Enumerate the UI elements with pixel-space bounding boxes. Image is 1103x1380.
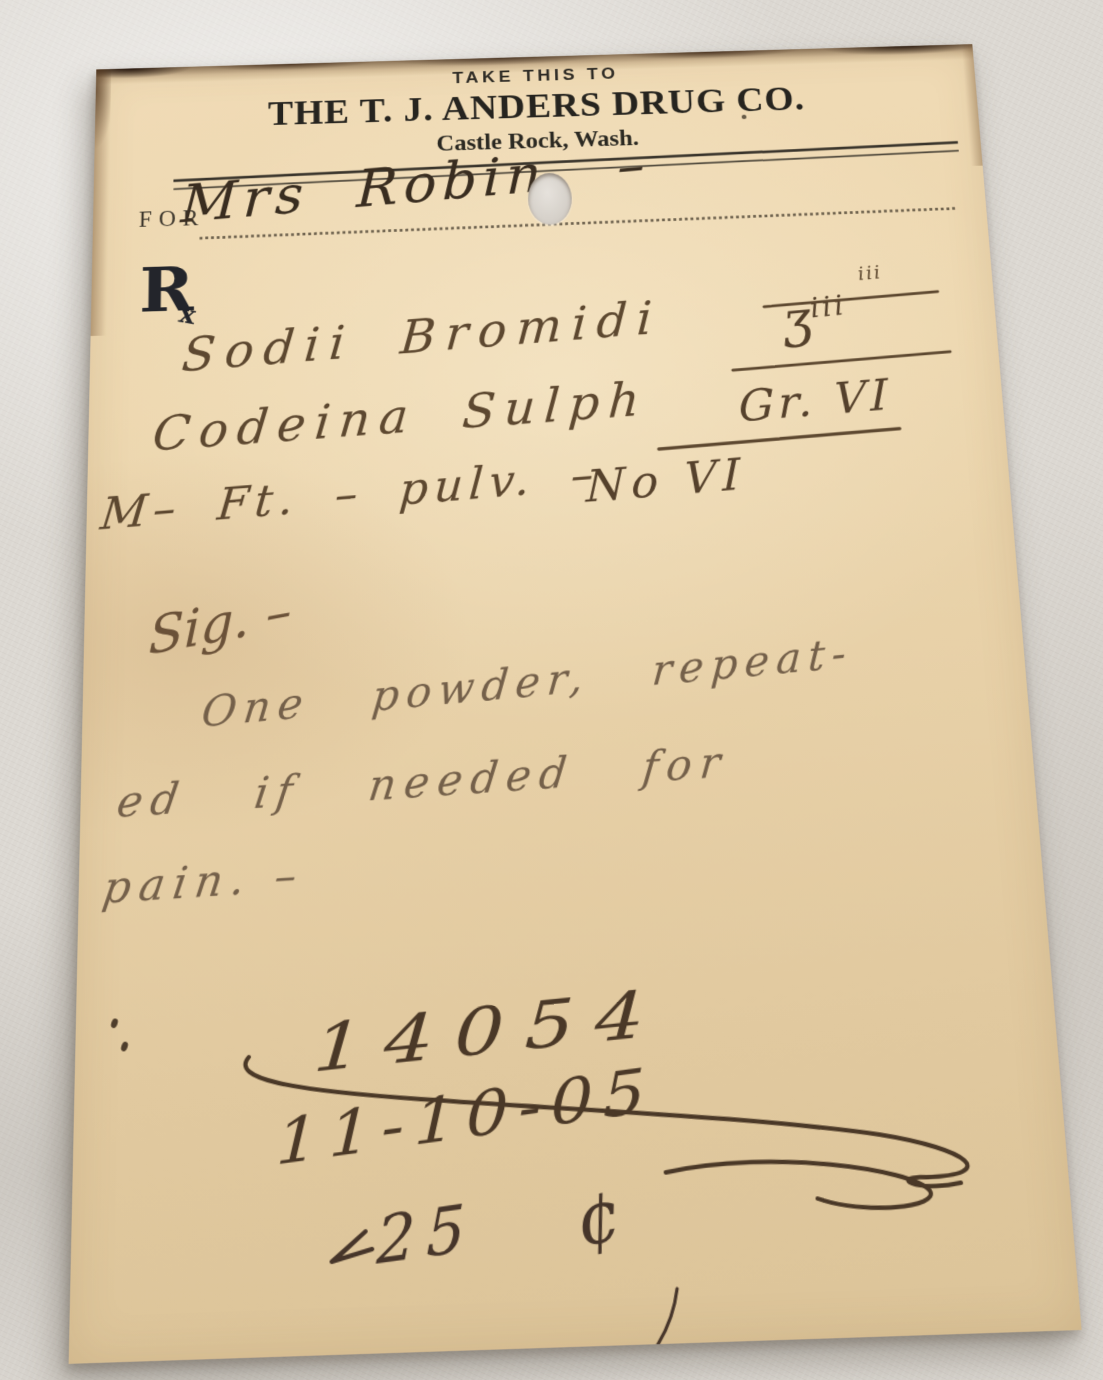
dram-amount-above-line: iii xyxy=(856,261,883,285)
ink-dot xyxy=(110,1018,119,1029)
dram-amount: iii xyxy=(808,290,848,325)
price-lead-mark xyxy=(331,1231,372,1262)
drug-line-1-quantity: ʒiii xyxy=(778,286,851,350)
sig-instruction-line-3: pain. – xyxy=(99,849,308,914)
prescription-card: TAKE THIS TO THE T. J. ANDERS DRUG CO. C… xyxy=(69,44,1082,1364)
mix-instruction-line: M– Ft. – pulv. – xyxy=(98,448,601,540)
cent-tail-stroke xyxy=(617,1289,681,1364)
photo-background: { "header": { "tagline": "TAKE THIS TO",… xyxy=(0,0,1103,1380)
sig-label: Sig. – xyxy=(148,581,292,667)
cent-sign: ¢ xyxy=(569,1171,627,1264)
ink-dot xyxy=(120,1041,129,1052)
rx-symbol: Rx xyxy=(139,258,194,321)
drug-line-1: Sodii Bromidi xyxy=(180,290,663,382)
count-overline xyxy=(658,429,900,449)
date-end-swirl xyxy=(665,1156,931,1214)
ink-speck xyxy=(742,115,747,119)
quantity-line-2-rule xyxy=(732,352,951,371)
sig-instruction-line-1: One powder, repeat- xyxy=(199,628,854,737)
drug-line-2: Codeina Sulph xyxy=(150,372,650,462)
drug-line-2-quantity: Gr. VI xyxy=(739,369,892,432)
price-value: 25 xyxy=(376,1188,477,1279)
sig-instruction-line-2: ed if needed for xyxy=(113,737,730,828)
powder-count: No VI xyxy=(586,448,746,513)
